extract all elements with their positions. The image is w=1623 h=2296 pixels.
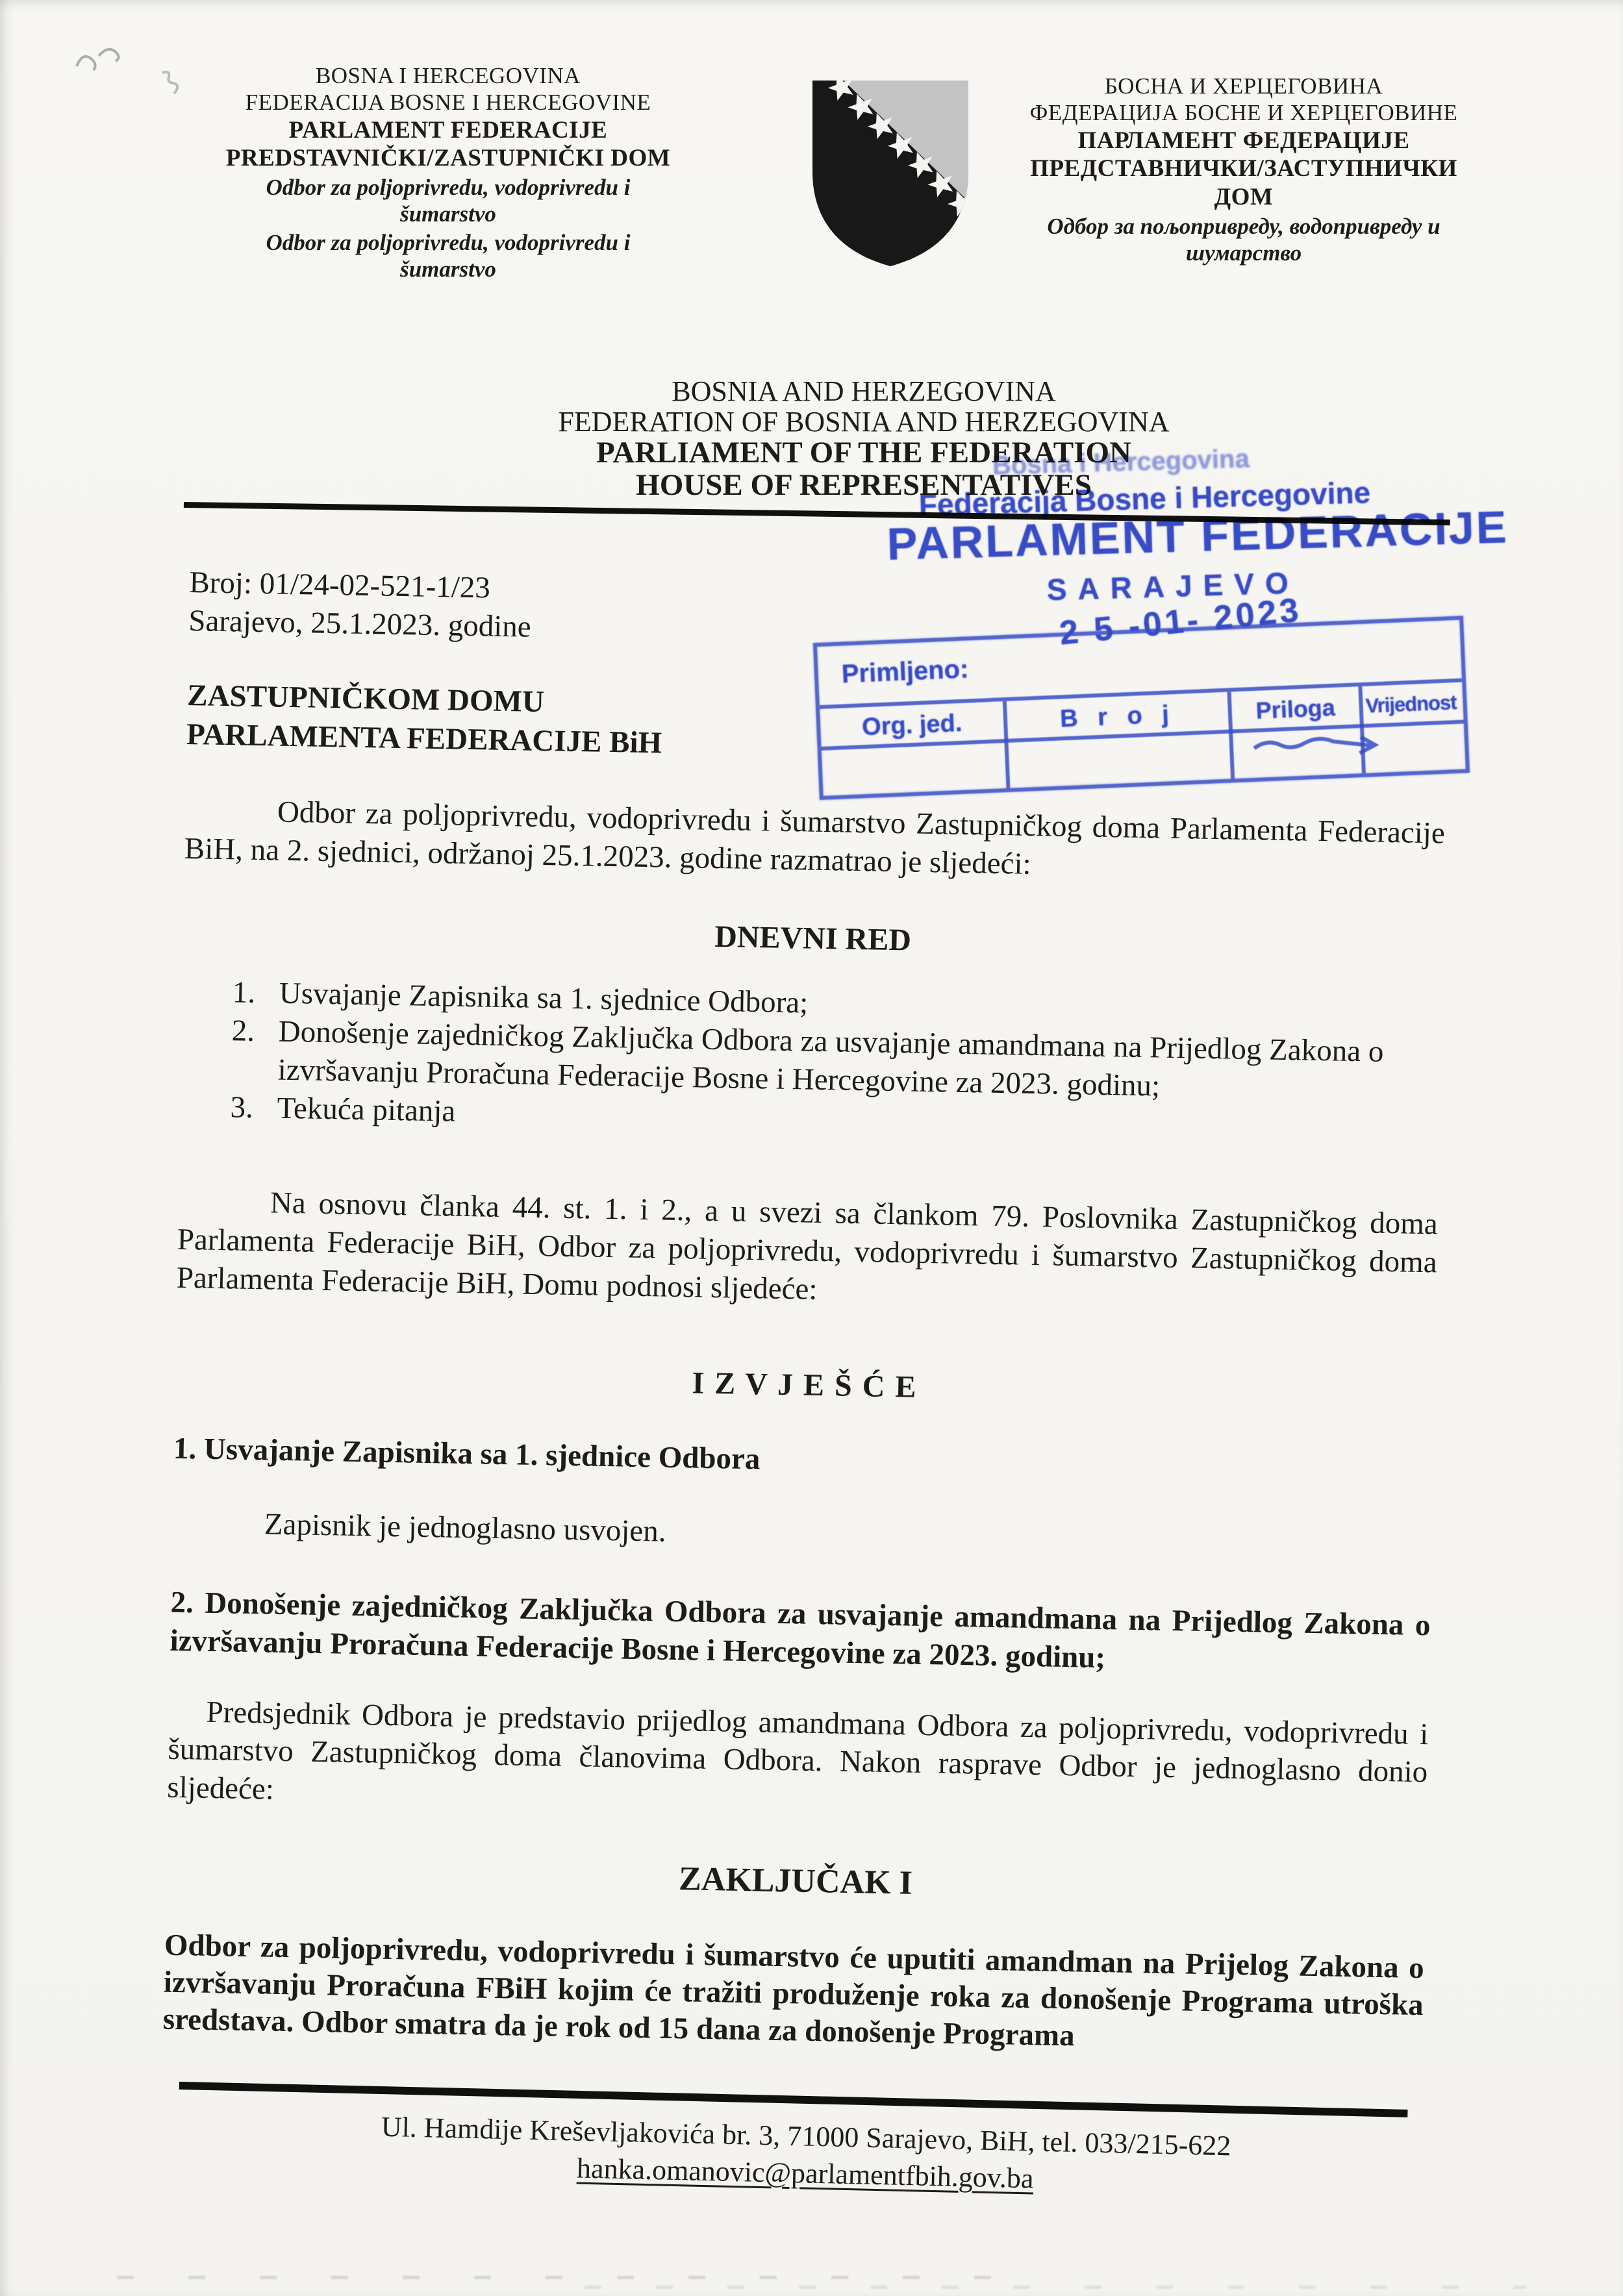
section2-paragraph: Predsjednik Odbora je predstavio prijedl… [167, 1692, 1429, 1830]
agenda-item-number: 2. [231, 1012, 279, 1051]
committee-name: Odbor za poljoprivredu, vodoprivredu i š… [247, 174, 649, 228]
federation-name: FEDERACIJA BOSNE I HERCEGOVINE [214, 89, 682, 116]
house-name: PREDSTAVNIČKI/ZASTUPNIČKI DOM [214, 144, 682, 173]
stamp-col-vrijednost: Vrijednost [1363, 685, 1460, 724]
conclusion-paragraph: Odbor za poljoprivredu, vodoprivredu i š… [162, 1927, 1424, 2062]
agenda-title: DNEVNI RED [182, 908, 1443, 970]
footer-block: Ul. Hamdije Kreševljakovića br. 3, 71000… [188, 2104, 1423, 2206]
agenda-item-number: 3. [230, 1088, 277, 1127]
house-name-cyr: ПРЕДСТАВНИЧКИ/ЗАСТУПНИЧКИ ДОМ [1010, 155, 1478, 211]
country-name-cyr: БОСНА И ХЕРЦЕГОВИНА [1010, 73, 1478, 99]
pencil-marks [65, 32, 234, 117]
parliament-name: PARLAMENT FEDERACIJE [214, 116, 682, 145]
federation-name-en: FEDERATION OF BOSNIA AND HERZEGOVINA [494, 407, 1234, 438]
agenda-item-number: 1. [232, 974, 279, 1013]
pen-scribble [1248, 719, 1418, 769]
legal-basis-paragraph: Na osnovu članka 44. st. 1. i 2., a u sv… [176, 1182, 1438, 1320]
committee-name-cyr: Одбор за пољопривреду, водопривреду и шу… [1029, 213, 1458, 267]
scan-smudge [585, 2286, 1526, 2289]
bih-federation-coat-of-arms [803, 74, 977, 270]
section1-text: Zapisnik je jednoglasno usvojen. [171, 1504, 1432, 1565]
letterhead-cyrillic: БОСНА И ХЕРЦЕГОВИНА ФЕДЕРАЦИЈА БОСНЕ И Х… [1010, 73, 1478, 266]
section2-heading: 2. Donošenje zajedničkog Zaključka Odbor… [170, 1584, 1431, 1683]
country-name-en: BOSNIA AND HERZEGOVINA [494, 377, 1234, 407]
scanned-document-page: BOSNA I HERCEGOVINA FEDERACIJA BOSNE I H… [0, 0, 1623, 2296]
committee-name-repeat: Odbor za poljoprivredu, vodoprivredu i š… [247, 229, 649, 283]
receipt-stamp: Bosna i Hercegovina Federacija Bosne i H… [760, 430, 1581, 817]
scan-smudge [117, 2276, 1026, 2279]
parliament-name-cyr: ПАРЛАМЕНТ ФЕДЕРАЦИЈЕ [1010, 127, 1478, 155]
section1-heading: 1. Usvajanje Zapisnika sa 1. sjednice Od… [173, 1429, 1433, 1490]
federation-name-cyr: ФЕДЕРАЦИЈА БОСНЕ И ХЕРЦЕГОВИНЕ [1010, 99, 1478, 126]
stamp-registry-table: Primljeno: Org. jed. B r o j Priloga Vri… [813, 616, 1470, 800]
letterhead-bosnian: BOSNA I HERCEGOVINA FEDERACIJA BOSNE I H… [214, 62, 682, 282]
report-title: I Z V J E Š Ć E [175, 1354, 1435, 1416]
stamp-received-label: Primljeno: [841, 655, 969, 689]
agenda-list: 1. Usvajanje Zapisnika sa 1. sjednice Od… [179, 973, 1442, 1149]
country-name: BOSNA I HERCEGOVINA [214, 62, 682, 89]
conclusion-title: ZAKLJUČAK I [166, 1848, 1426, 1914]
